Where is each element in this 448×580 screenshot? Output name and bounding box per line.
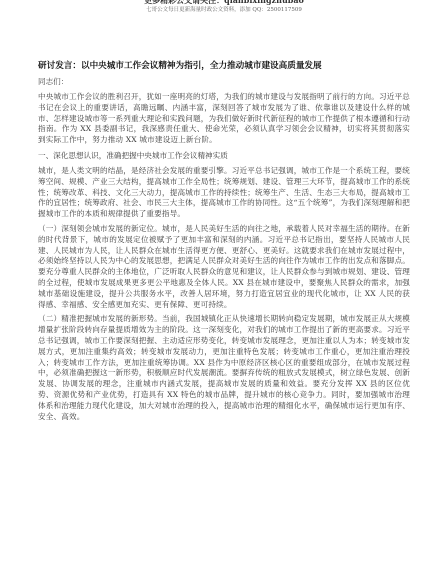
document-title: 研讨发言：以中央城市工作会议精神为指引，全力推动城市建设高质量发展 (38, 60, 410, 72)
document-page: 研讨发言：以中央城市工作会议精神为指引，全力推动城市建设高质量发展 同志们： 中… (38, 60, 410, 426)
greeting: 同志们： (38, 76, 410, 88)
intro-paragraph: 中央城市工作会议的胜利召开，犹如一座明亮的灯塔，为我们的城市建设与发展指明了前行… (38, 92, 410, 146)
header-promo-line: 更多精彩公文请关注：qianbixingzhubao (0, 0, 448, 5)
header-contact-line: 七哥公文每日更新海量时政公文资料，添加 QQ：2500117509 (0, 7, 448, 14)
section-1-paragraph: 城市，是人类文明的结晶，是经济社会发展的重要引擎。习近平总书记强调，城市工作是一… (38, 166, 410, 220)
section-heading-1: 一、深化思想认识，准确把握中央城市工作会议精神实质 (38, 150, 410, 162)
subsection-1-paragraph: （一）深刻领会城市发展的新定位。城市，是人民美好生活的向往之地，承载着人民对幸福… (38, 224, 410, 310)
subsection-2-paragraph: （二）精准把握城市发展的新形势。当前，我国城镇化正从快速增长期转向稳定发展期，城… (38, 314, 410, 422)
